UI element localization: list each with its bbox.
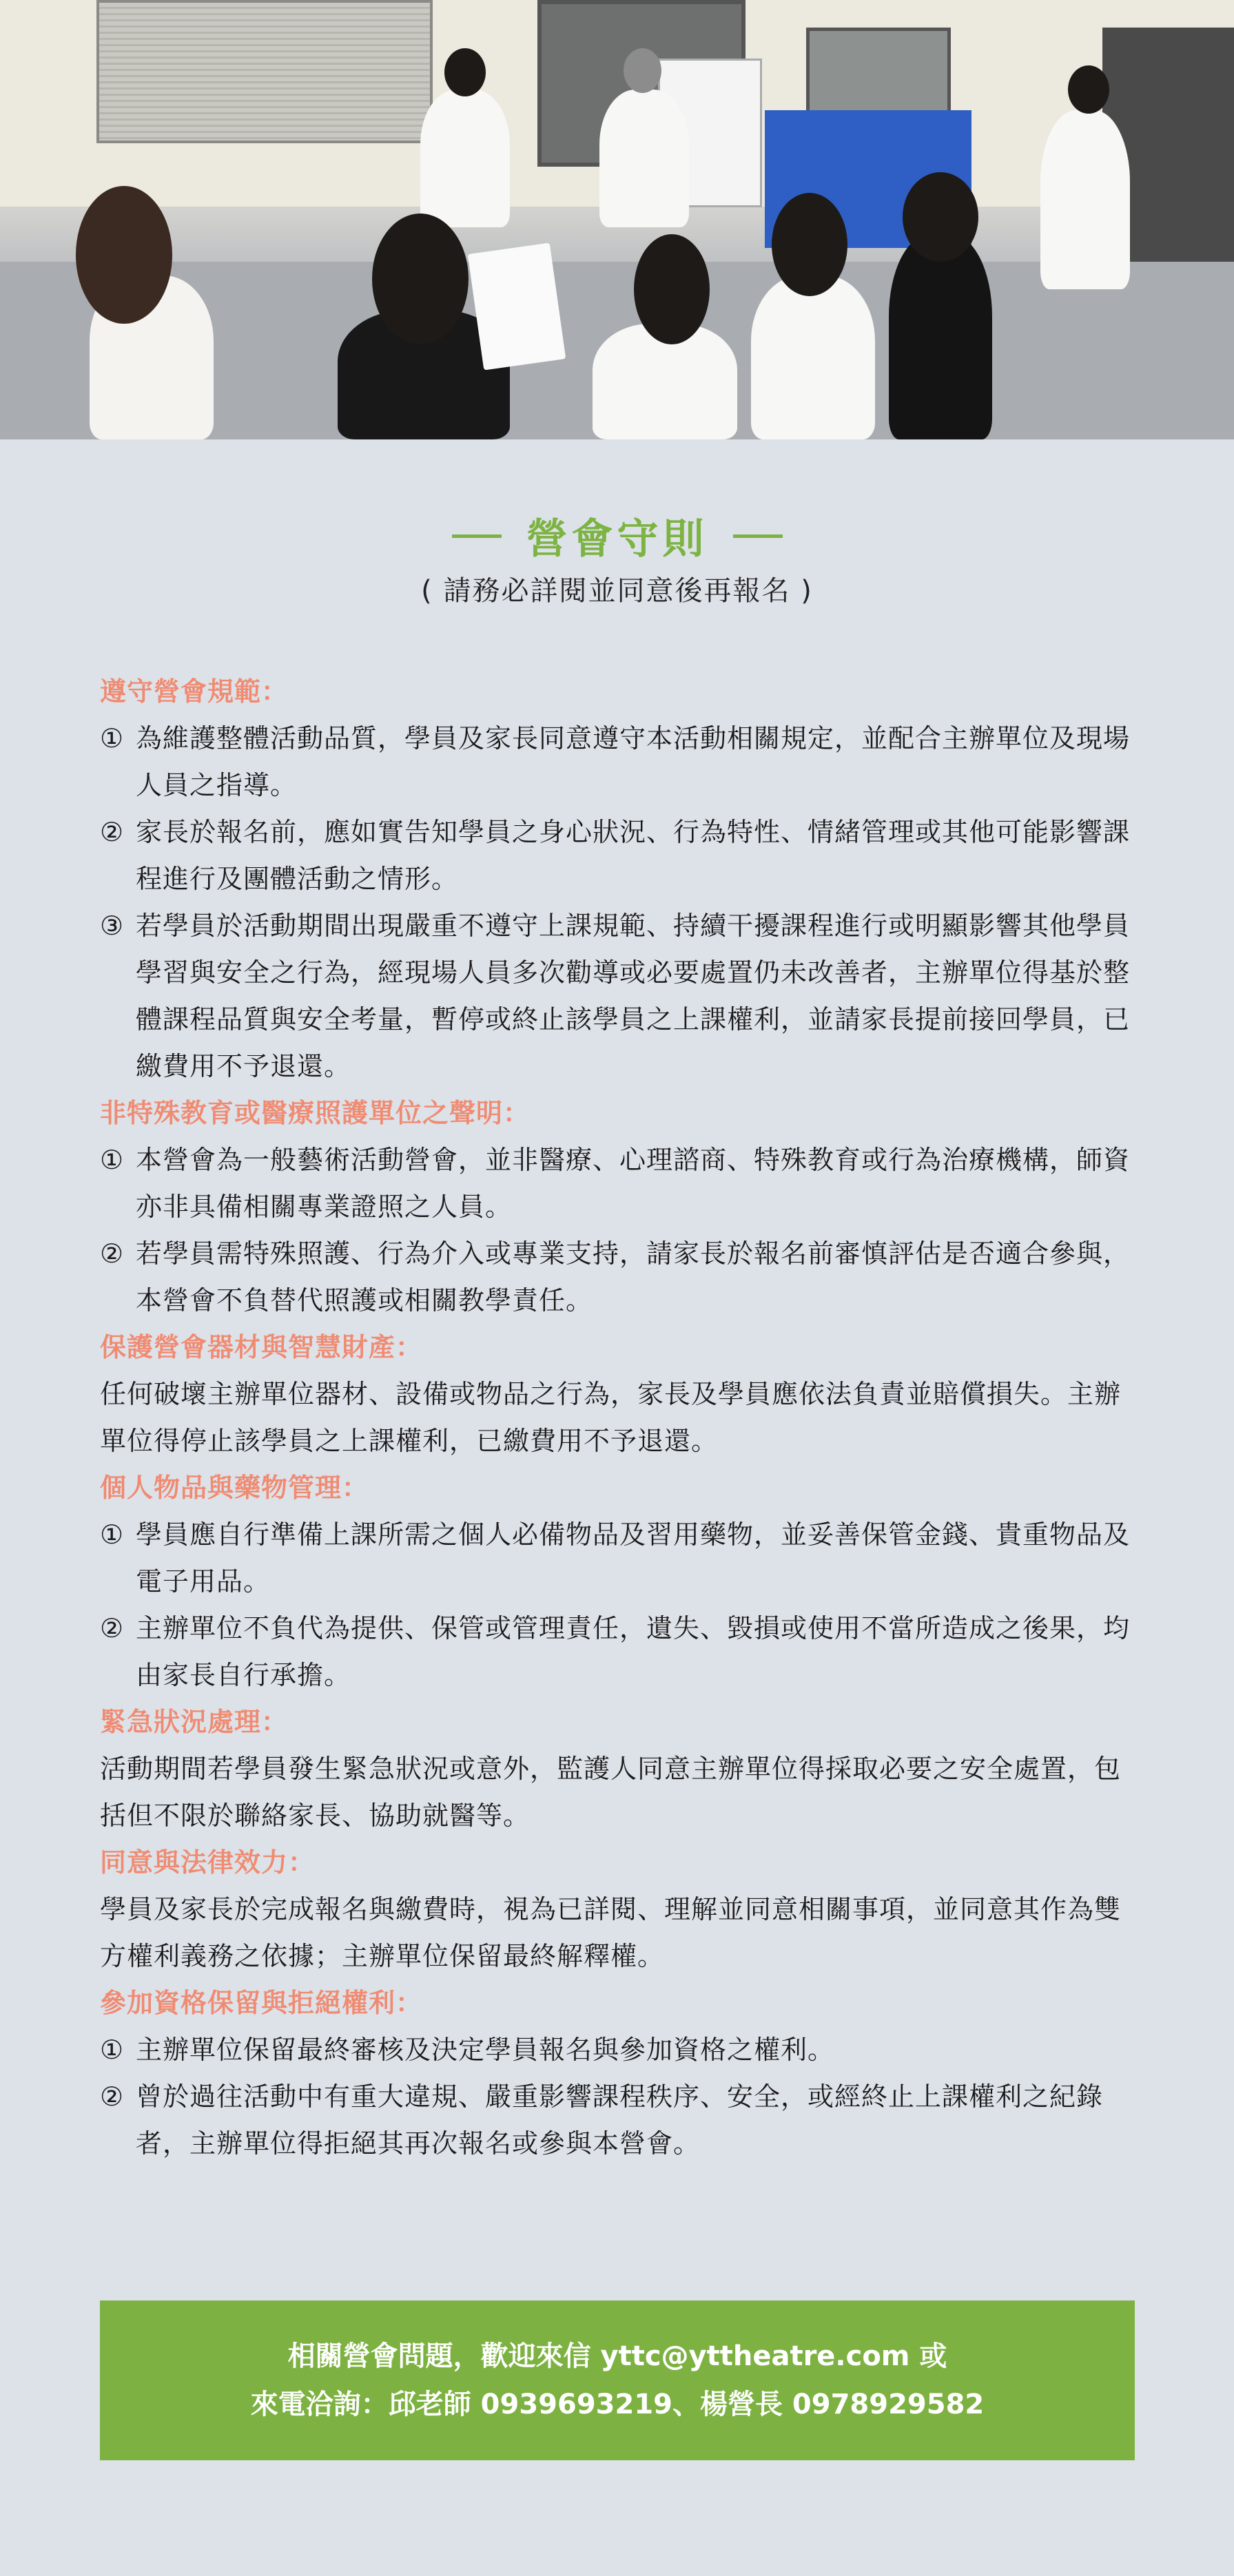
list-item: ② 主辦單位不負代為提供、保管或管理責任，遺失、毀損或使用不當所造成之後果，均由… <box>100 1605 1140 1699</box>
item-number: ① <box>100 1136 136 1230</box>
item-text: 主辦單位不負代為提供、保管或管理責任，遺失、毀損或使用不當所造成之後果，均由家長… <box>136 1605 1140 1699</box>
item-number: ① <box>100 1511 136 1605</box>
photo-person-head <box>903 172 978 262</box>
item-number: ② <box>100 2073 136 2167</box>
section-consent-legal: 同意與法律效力： 學員及家長於完成報名與繳費時，視為已詳閱、理解並同意相關事項，… <box>100 1839 1140 1980</box>
photo-person-head <box>772 193 847 296</box>
photo-window-blind <box>96 0 433 143</box>
photo-person-head <box>634 234 710 344</box>
item-text: 主辦單位保留最終審核及決定學員報名與參加資格之權利。 <box>136 2026 1140 2073</box>
list-item: ② 家長於報名前，應如實告知學員之身心狀況、行為特性、情緒管理或其他可能影響課程… <box>100 809 1140 902</box>
photo-person <box>889 234 992 439</box>
section-equipment-ip: 保護營會器材與智慧財產： 任何破壞主辦單位器材、設備或物品之行為，家長及學員應依… <box>100 1324 1140 1464</box>
item-number: ② <box>100 1230 136 1324</box>
section-camp-rules: 遵守營會規範： ① 為維護整體活動品質，學員及家長同意遵守本活動相關規定，並配合… <box>100 668 1140 1090</box>
item-text: 學員應自行準備上課所需之個人必備物品及習用藥物，並妥善保管金錢、貴重物品及電子用… <box>136 1511 1140 1605</box>
list-item: ① 學員應自行準備上課所需之個人必備物品及習用藥物，並妥善保管金錢、貴重物品及電… <box>100 1511 1140 1605</box>
photo-person-head <box>76 186 172 324</box>
photo-person-head <box>372 214 469 344</box>
page-subtitle: ( 請務必詳閱並同意後再報名 ) <box>0 569 1234 608</box>
section-paragraph: 任何破壞主辦單位器材、設備或物品之行為，家長及學員應依法負責並賠償損失。主辦單位… <box>100 1371 1140 1464</box>
rules-content: 遵守營會規範： ① 為維護整體活動品質，學員及家長同意遵守本活動相關規定，並配合… <box>100 668 1140 2167</box>
item-number: ① <box>100 2026 136 2073</box>
list-item: ① 本營會為一般藝術活動營會，並非醫療、心理諮商、特殊教育或行為治療機構，師資亦… <box>100 1136 1140 1230</box>
contact-box: 相關營會問題，歡迎來信 yttc@yttheatre.com 或 來電洽詢：邱老… <box>100 2300 1135 2460</box>
section-paragraph: 學員及家長於完成報名與繳費時，視為已詳閱、理解並同意相關事項，並同意其作為雙方權… <box>100 1886 1140 1980</box>
list-item: ② 曾於過往活動中有重大違規、嚴重影響課程秩序、安全，或經終止上課權利之紀錄者，… <box>100 2073 1140 2167</box>
section-personal-items: 個人物品與藥物管理： ① 學員應自行準備上課所需之個人必備物品及習用藥物，並妥善… <box>100 1464 1140 1699</box>
item-number: ② <box>100 1605 136 1699</box>
item-text: 曾於過往活動中有重大違規、嚴重影響課程秩序、安全，或經終止上課權利之紀錄者，主辦… <box>136 2073 1140 2167</box>
photo-person-head <box>1068 65 1109 114</box>
item-text: 若學員於活動期間出現嚴重不遵守上課規範、持續干擾課程進行或明顯影響其他學員學習與… <box>136 902 1140 1090</box>
photo-person-head <box>624 48 661 93</box>
photo-person <box>420 90 510 227</box>
photo-person <box>751 276 875 439</box>
list-item: ② 若學員需特殊照護、行為介入或專業支持，請家長於報名前審慎評估是否適合參與，本… <box>100 1230 1140 1324</box>
section-emergency: 緊急狀況處理： 活動期間若學員發生緊急狀況或意外，監護人同意主辦單位得採取必要之… <box>100 1699 1140 1839</box>
item-text: 家長於報名前，應如實告知學員之身心狀況、行為特性、情緒管理或其他可能影響課程進行… <box>136 809 1140 902</box>
section-heading: 保護營會器材與智慧財產： <box>100 1324 1140 1371</box>
item-text: 本營會為一般藝術活動營會，並非醫療、心理諮商、特殊教育或行為治療機構，師資亦非具… <box>136 1136 1140 1230</box>
section-heading: 同意與法律效力： <box>100 1839 1140 1886</box>
photo-sheet-music <box>468 242 566 370</box>
title-decoration-line <box>733 534 783 538</box>
item-text: 若學員需特殊照護、行為介入或專業支持，請家長於報名前審慎評估是否適合參與，本營會… <box>136 1230 1140 1324</box>
section-non-medical-statement: 非特殊教育或醫療照護單位之聲明： ① 本營會為一般藝術活動營會，並非醫療、心理諮… <box>100 1090 1140 1324</box>
page-title: 營會守則 <box>526 506 708 565</box>
section-heading: 個人物品與藥物管理： <box>100 1464 1140 1511</box>
list-item: ① 主辦單位保留最終審核及決定學員報名與參加資格之權利。 <box>100 2026 1140 2073</box>
section-heading: 非特殊教育或醫療照護單位之聲明： <box>100 1090 1140 1136</box>
item-text: 為維護整體活動品質，學員及家長同意遵守本活動相關規定，並配合主辦單位及現場人員之… <box>136 715 1140 809</box>
title-row: 營會守則 <box>0 506 1234 565</box>
section-heading: 遵守營會規範： <box>100 668 1140 715</box>
contact-email-line[interactable]: 相關營會問題，歡迎來信 yttc@yttheatre.com 或 <box>288 2332 947 2380</box>
section-heading: 緊急狀況處理： <box>100 1699 1140 1745</box>
photo-person-head <box>444 48 486 96</box>
contact-phone-line[interactable]: 來電洽詢：邱老師 0939693219、楊營長 0978929582 <box>251 2380 985 2429</box>
item-number: ③ <box>100 902 136 1090</box>
section-paragraph: 活動期間若學員發生緊急狀況或意外，監護人同意主辦單位得採取必要之安全處置，包括但… <box>100 1745 1140 1839</box>
photo-person <box>1040 110 1130 289</box>
item-number: ② <box>100 809 136 902</box>
list-item: ① 為維護整體活動品質，學員及家長同意遵守本活動相關規定，並配合主辦單位及現場人… <box>100 715 1140 809</box>
section-eligibility: 參加資格保留與拒絕權利： ① 主辦單位保留最終審核及決定學員報名與參加資格之權利… <box>100 1980 1140 2167</box>
hero-photo <box>0 0 1234 439</box>
title-decoration-line <box>452 534 502 538</box>
section-heading: 參加資格保留與拒絕權利： <box>100 1980 1140 2026</box>
item-number: ① <box>100 715 136 809</box>
photo-person <box>599 90 689 227</box>
list-item: ③ 若學員於活動期間出現嚴重不遵守上課規範、持續干擾課程進行或明顯影響其他學員學… <box>100 902 1140 1090</box>
